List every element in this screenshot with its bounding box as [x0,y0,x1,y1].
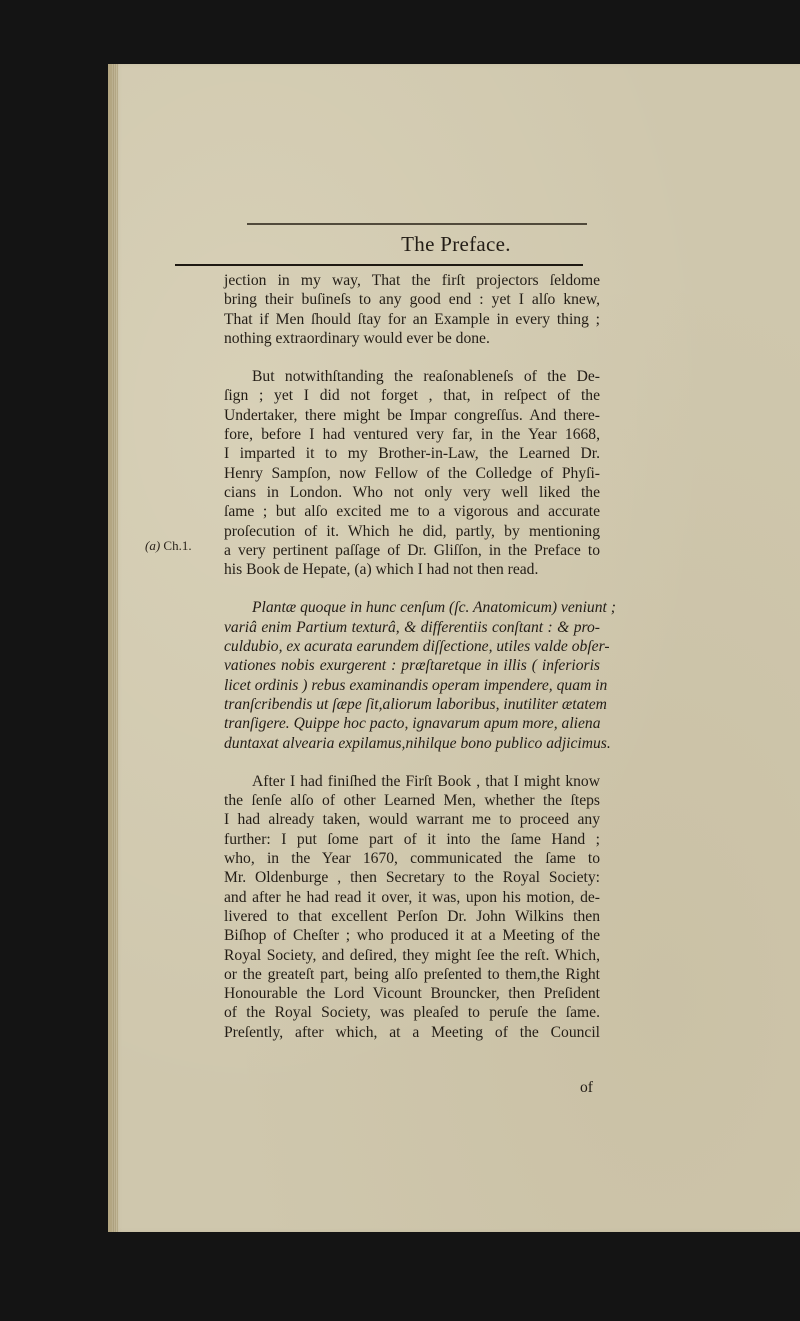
text-line: of the Royal Society, was pleaſed to per… [224,1003,600,1022]
text-line: cians in London. Who not only very well … [224,483,600,502]
margin-note: (a) Ch.1. [145,538,192,554]
text-line: I had already taken, would warrant me to… [224,810,600,829]
text-line: That if Men ſhould ſtay for an Example i… [224,310,600,329]
text-line: further: I put ſome part of it into the … [224,830,600,849]
text-line: ſign ; yet I did not forget , that, in r… [224,386,600,405]
margin-note-ref: Ch.1. [163,538,191,553]
text-line: vationes nobis exurgerent : præſtaretque… [224,656,600,675]
text-line: variâ enim Partium texturâ, & differenti… [224,618,600,637]
text-line: Royal Society, and deſired, they might ſ… [224,946,600,965]
text-line: fore, before I had ventured very far, in… [224,425,600,444]
text-line: the ſenſe alſo of other Learned Men, whe… [224,791,600,810]
text-line: Mr. Oldenburge , then Secretary to the R… [224,868,600,887]
header-rule [175,264,583,266]
latin-quotation: Plantæ quoque in hunc cenſum (ſc. Anatom… [224,598,600,752]
text-line: Undertaker, there might be Impar congreſ… [224,406,600,425]
text-line: Preſently, after which, at a Meeting of … [224,1023,600,1042]
book-page: The Preface. (a) Ch.1. jection in my way… [108,64,800,1232]
text-line: or the greateſt part, being alſo preſent… [224,965,600,984]
text-line: a very pertinent paſſage of Dr. Gliſſon,… [224,541,600,560]
margin-note-marker: (a) [145,538,160,553]
text-line: Biſhop of Cheſter ; who produced it at a… [224,926,600,945]
text-line: bring their buſineſs to any good end : y… [224,290,600,309]
text-line: Henry Sampſon, now Fellow of the Colledg… [224,464,600,483]
text-line: jection in my way, That the firſt projec… [224,271,600,290]
running-head: The Preface. [112,232,800,257]
text-line: nothing extraordinary would ever be done… [224,329,600,348]
paragraph-2: But notwithſtanding the reaſonableneſs o… [224,367,600,579]
text-line: licet ordinis ) rebus examinandis operam… [224,676,600,695]
text-line: livered to that excellent Perſon Dr. Joh… [224,907,600,926]
text-line: I imparted it to my Brother-in-Law, the … [224,444,600,463]
body-text: jection in my way, That the firſt projec… [224,271,600,1042]
text-line: and after he had read it over, it was, u… [224,888,600,907]
text-line: But notwithſtanding the reaſonableneſs o… [224,367,600,386]
text-line: ſame ; but alſo excited me to a vigorous… [224,502,600,521]
text-line: his Book de Hepate, (a) which I had not … [224,560,600,579]
paragraph-4: After I had finiſhed the Firſt Book , th… [224,772,600,1042]
text-line: tranſigere. Quippe hoc pacto, ignavarum … [224,714,600,733]
ink-rule-faint [247,223,587,225]
text-line: who, in the Year 1670, communicated the … [224,849,600,868]
text-line: proſecution of it. Which he did, partly,… [224,522,600,541]
text-line: tranſcribendis ut ſæpe ſit,aliorum labor… [224,695,600,714]
text-line: duntaxat alvearia expilamus,nihilque bon… [224,734,600,753]
catchword: of [580,1079,593,1097]
text-line: Plantæ quoque in hunc cenſum (ſc. Anatom… [224,598,600,617]
paragraph-1: jection in my way, That the firſt projec… [224,271,600,348]
text-line: After I had finiſhed the Firſt Book , th… [224,772,600,791]
text-line: Honourable the Lord Vicount Brouncker, t… [224,984,600,1003]
text-line: culdubio, ex acurata earundem diſſection… [224,637,600,656]
